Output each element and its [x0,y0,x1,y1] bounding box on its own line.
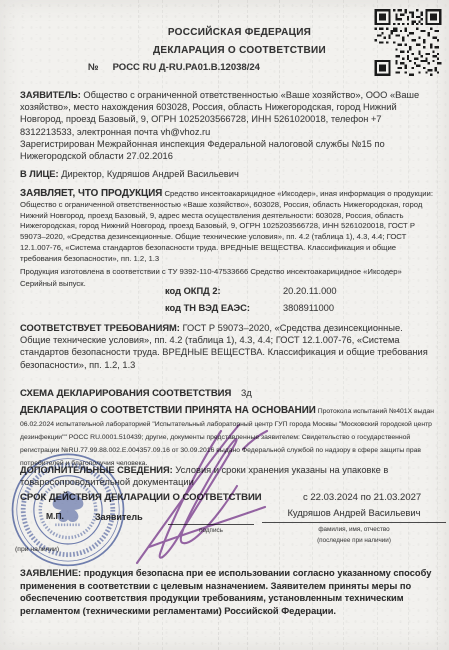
scheme-value: 3д [241,388,252,399]
declaration-document: РОССИЙСКАЯ ФЕДЕРАЦИЯ ДЕКЛАРАЦИЯ О СООТВЕ… [0,0,449,650]
applicant-label: ЗАЯВИТЕЛЬ: [20,90,81,100]
product-label: ЗАЯВЛЯЕТ, ЧТО ПРОДУКЦИЯ [20,188,162,199]
okpd-code-label: код ОКПД 2: [165,286,283,296]
tnved-code-value: 3808911000 [283,303,334,313]
tnved-code-label: код ТН ВЭД ЕАЭС: [165,303,283,313]
holder-name: Кудряшов Андрей Васильевич [262,507,446,518]
country-title: РОССИЙСКАЯ ФЕДЕРАЦИЯ [30,27,449,38]
complies-label: СООТВЕТСТВУЕТ ТРЕБОВАНИЯМ: [20,323,180,333]
person-label: В ЛИЦЕ: [20,169,59,179]
registration-text: Зарегистрирован Межрайонная инспекция Фе… [20,138,432,162]
scheme-label: СХЕМА ДЕКЛАРИРОВАНИЯ СООТВЕТСТВИЯ [20,388,231,399]
person-text: Директор, Кудряшов Андрей Васильевич [61,169,239,179]
validity-value: с 22.03.2024 по 21.03.2027 [303,492,421,503]
scheme-section: СХЕМА ДЕКЛАРИРОВАНИЯ СООТВЕТСТВИЯ 3д [20,388,252,399]
product-text: Средство инсектоакарицидное «Иксодер», и… [20,189,433,263]
code-row-tnved: код ТН ВЭД ЕАЭС: 3808911000 [165,303,337,313]
complies-section: СООТВЕТСТВУЕТ ТРЕБОВАНИЯМ: ГОСТ Р 59073–… [20,322,435,371]
qr-code [371,9,445,76]
product-section: ЗАЯВЛЯЕТ, ЧТО ПРОДУКЦИЯ Средство инсекто… [20,189,435,290]
doc-number-label: № [88,62,99,73]
person-section: В ЛИЦЕ: Директор, Кудряшов Андрей Василь… [20,168,432,180]
code-row-okpd: код ОКПД 2: 20.20.11.000 [165,286,337,296]
handwritten-signature [123,415,283,573]
applicant-section: ЗАЯВИТЕЛЬ: Общество с ограниченной ответ… [20,89,432,162]
okpd-code-value: 20.20.11.000 [283,286,337,296]
doc-number-line: №РОСС RU Д-RU.РА01.В.12038/24 [88,62,260,73]
doc-title: ДЕКЛАРАЦИЯ О СООТВЕТСТВИИ [30,45,449,56]
name-line [262,522,446,523]
round-stamp [4,448,132,576]
fold-line [437,0,438,650]
doc-number: РОСС RU Д-RU.РА01.В.12038/24 [113,62,260,73]
codes-table: код ОКПД 2: 20.20.11.000 код ТН ВЭД ЕАЭС… [165,286,337,320]
name-caption-2: (последнее при наличии) [262,537,446,544]
product-tu-line: Продукция изготовлена в соответствии с Т… [20,267,435,278]
name-caption-1: фамилия, имя, отчество [262,526,446,533]
